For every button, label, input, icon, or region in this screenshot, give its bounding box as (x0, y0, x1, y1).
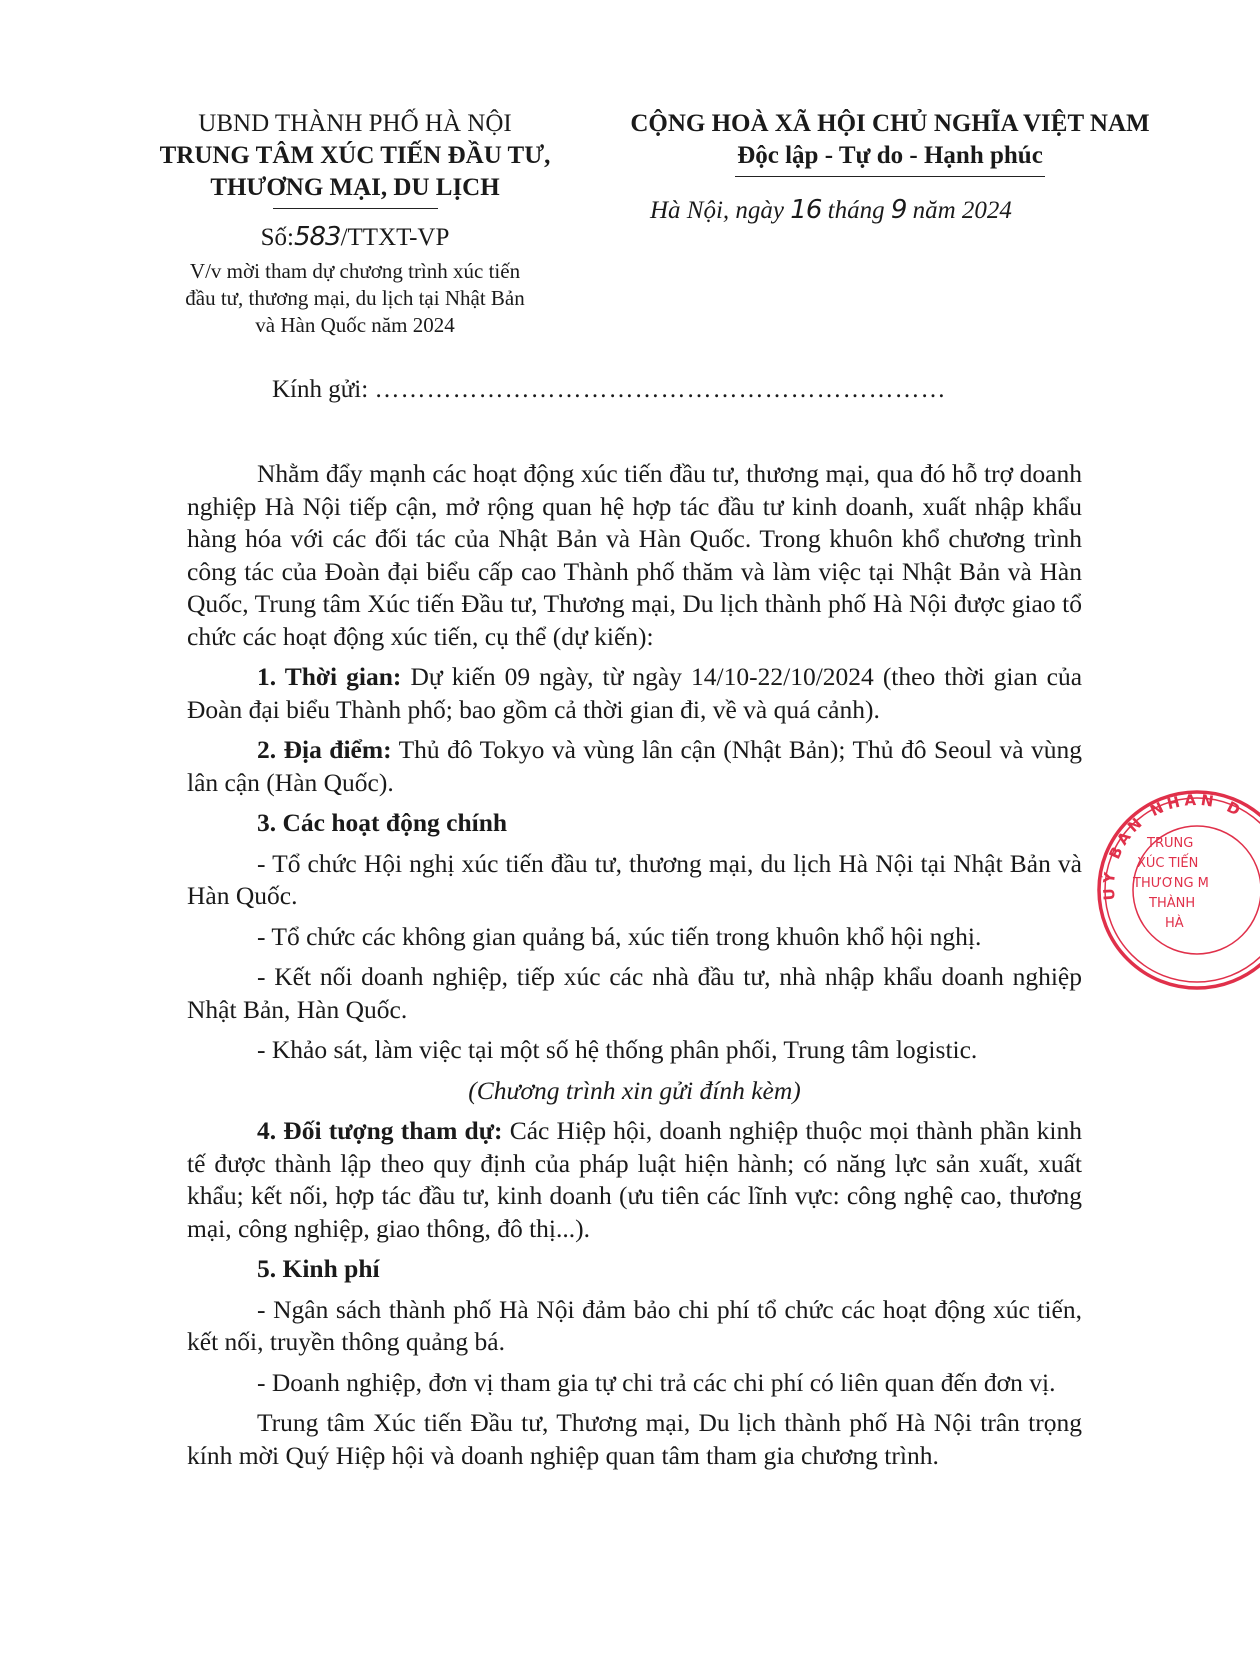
intro-paragraph: Nhằm đẩy mạnh các hoạt động xúc tiến đầu… (187, 458, 1082, 653)
reference-prefix: Số: (261, 224, 294, 251)
svg-text:THÀNH: THÀNH (1148, 895, 1195, 911)
date-month-label: tháng (828, 197, 885, 224)
reference-number-handwritten: 583 (294, 222, 341, 252)
svg-text:TRUNG: TRUNG (1146, 836, 1193, 851)
svg-text:THƯƠNG M: THƯƠNG M (1132, 876, 1209, 891)
section-location-label: 2. Địa điểm: (257, 735, 392, 764)
subject-line: và Hàn Quốc năm 2024 (130, 312, 580, 339)
date-year: năm 2024 (913, 197, 1012, 224)
recipient-line: Kính gửi: ………………………………………………………… (272, 376, 946, 404)
issuing-authority-block: UBND THÀNH PHỐ HÀ NỘI TRUNG TÂM XÚC TIẾN… (130, 108, 580, 209)
section-activities-heading: 3. Các hoạt động chính (187, 807, 1082, 840)
header-divider (273, 208, 438, 209)
reference-number: Số:583/TTXT-VP (130, 222, 580, 252)
seal-icon: UỶ BAN NHÂN DÂN TRUNG XÚC TIẾN THƯƠNG M … (1085, 780, 1260, 1000)
date-day-handwritten: 16 (790, 195, 821, 225)
authority-name: UBND THÀNH PHỐ HÀ NỘI (130, 108, 580, 140)
recipient-blank: ………………………………………………………… (374, 376, 946, 403)
reference-suffix: /TTXT-VP (341, 224, 450, 251)
section-participants: 4. Đối tượng tham dự: Các Hiệp hội, doan… (187, 1115, 1082, 1245)
organization-name-line1: TRUNG TÂM XÚC TIẾN ĐẦU TƯ, (130, 140, 580, 172)
svg-text:HÀ: HÀ (1165, 915, 1184, 931)
section-time: 1. Thời gian: Dự kiến 09 ngày, từ ngày 1… (187, 661, 1082, 726)
organization-name-line2: THƯƠNG MẠI, DU LỊCH (130, 172, 580, 204)
attachment-note: (Chương trình xin gửi đính kèm) (187, 1075, 1082, 1108)
closing-paragraph: Trung tâm Xúc tiến Đầu tư, Thương mại, D… (187, 1407, 1082, 1472)
activity-item: - Khảo sát, làm việc tại một số hệ thống… (187, 1034, 1082, 1067)
svg-text:XÚC TIẾN: XÚC TIẾN (1137, 854, 1198, 871)
section-time-label: 1. Thời gian: (257, 662, 401, 691)
national-title: CỘNG HOÀ XÃ HỘI CHỦ NGHĨA VIỆT NAM (590, 108, 1190, 140)
section-funding-heading: 5. Kinh phí (187, 1253, 1082, 1286)
subject-line: đầu tư, thương mại, du lịch tại Nhật Bản (130, 285, 580, 312)
date-month-handwritten: 9 (891, 195, 907, 225)
subject-line: V/v mời tham dự chương trình xúc tiến (130, 258, 580, 285)
national-header-block: CỘNG HOÀ XÃ HỘI CHỦ NGHĨA VIỆT NAM Độc l… (590, 108, 1190, 177)
activity-item: - Tổ chức Hội nghị xúc tiến đầu tư, thươ… (187, 848, 1082, 913)
motto-underline (735, 176, 1045, 177)
official-seal-stamp: UỶ BAN NHÂN DÂN TRUNG XÚC TIẾN THƯƠNG M … (1085, 780, 1260, 1000)
subject-block: V/v mời tham dự chương trình xúc tiến đầ… (130, 258, 580, 339)
activity-item: - Tổ chức các không gian quảng bá, xúc t… (187, 921, 1082, 954)
recipient-label: Kính gửi: (272, 376, 368, 403)
funding-item: - Doanh nghiệp, đơn vị tham gia tự chi t… (187, 1367, 1082, 1400)
issue-date: Hà Nội, ngày 16 tháng 9 năm 2024 (650, 195, 1012, 225)
date-place: Hà Nội, ngày (650, 197, 784, 224)
activity-item: - Kết nối doanh nghiệp, tiếp xúc các nhà… (187, 961, 1082, 1026)
section-participants-label: 4. Đối tượng tham dự: (257, 1116, 503, 1145)
section-location: 2. Địa điểm: Thủ đô Tokyo và vùng lân cậ… (187, 734, 1082, 799)
funding-item: - Ngân sách thành phố Hà Nội đảm bảo chi… (187, 1294, 1082, 1359)
national-motto: Độc lập - Tự do - Hạnh phúc (590, 140, 1190, 172)
letter-body: Nhằm đẩy mạnh các hoạt động xúc tiến đầu… (187, 458, 1082, 1480)
